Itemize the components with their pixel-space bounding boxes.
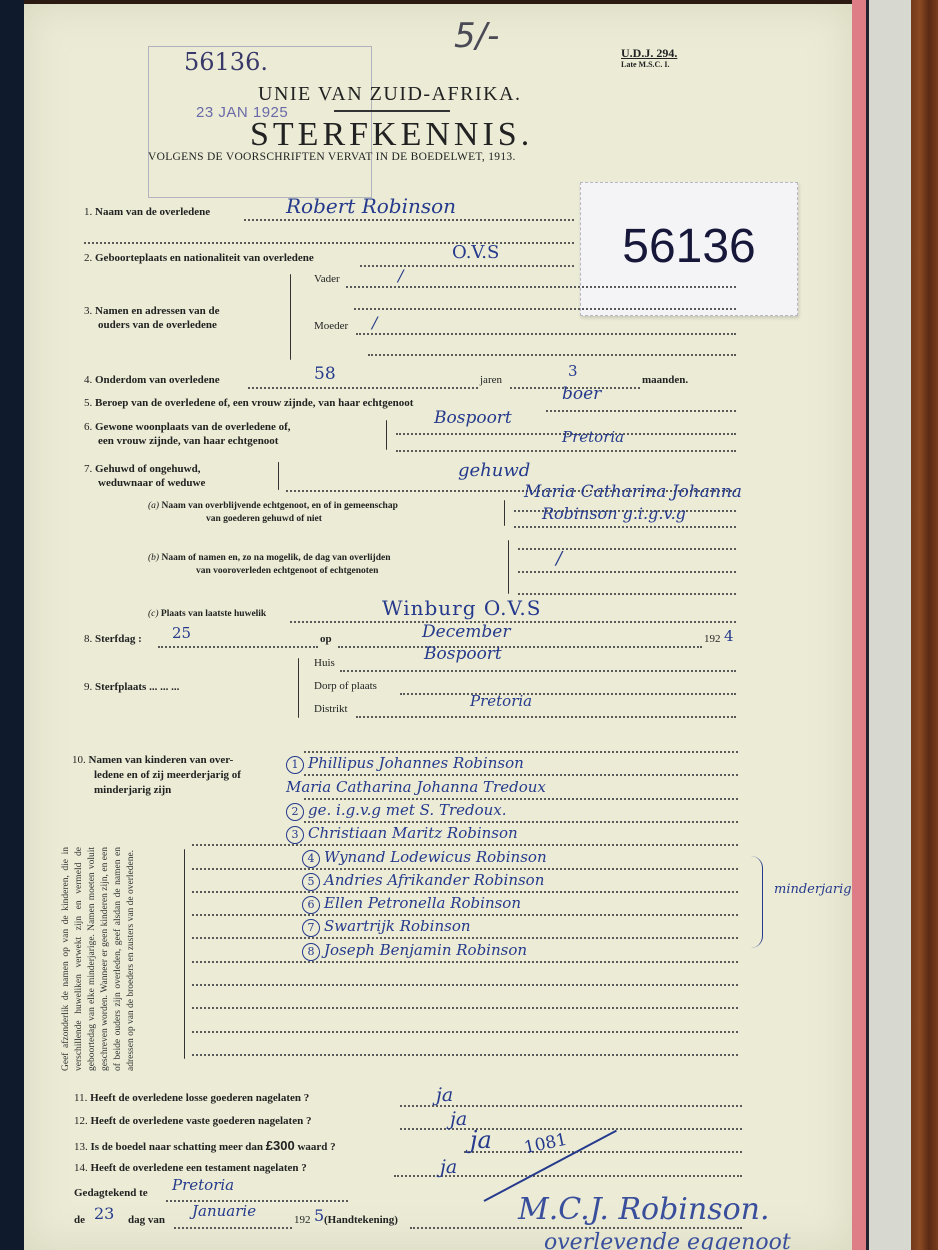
field-7a-value-1[interactable]: Maria Catharina Johanna — [524, 482, 742, 502]
field-9-label: 9. Sterfplaats ... ... ... — [84, 681, 179, 693]
house-label: Huis — [314, 657, 335, 669]
child-entry[interactable]: Maria Catharina Johanna Tredoux — [286, 778, 546, 796]
field-10-label-2: ledene en of zij meerderjarig of — [94, 769, 241, 781]
field-5-value[interactable]: boer — [562, 384, 601, 404]
child-number: 2 — [286, 803, 304, 821]
child-entry[interactable]: 6Ellen Petronella Robinson — [302, 894, 521, 914]
death-day-value[interactable]: 25 — [172, 624, 191, 642]
signed-month-line — [174, 1227, 292, 1229]
child-entry[interactable]: 8Joseph Benjamin Robinson — [302, 941, 527, 961]
years-label: jaren — [480, 374, 502, 386]
age-months-value[interactable]: 3 — [568, 362, 578, 380]
field-1-label: 1. Naam van de overledene — [84, 206, 210, 218]
child-entry[interactable]: 5Andries Afrikander Robinson — [302, 871, 544, 891]
child-line — [304, 798, 738, 800]
pink-folder-edge — [852, 0, 866, 1250]
child-name: ge. i.g.v.g met S. Tredoux. — [308, 801, 507, 819]
child-line — [192, 891, 738, 893]
field-2-label: 2. Geboorteplaats en nationaliteit van o… — [84, 252, 314, 264]
child-entry[interactable]: 1Phillipus Johannes Robinson — [286, 754, 524, 774]
child-line — [192, 868, 738, 870]
age-years-line — [248, 387, 478, 389]
child-name: Swartrijk Robinson — [324, 917, 471, 935]
field-7b-label-2: van vooroverleden echtgenoot of echtgeno… — [196, 566, 378, 576]
field-7a-label-2: van goederen gehuwd of niet — [206, 514, 322, 524]
death-month-value[interactable]: December — [422, 622, 510, 642]
child-number: 1 — [286, 756, 304, 774]
field-7b-line-2 — [518, 571, 736, 573]
field-7a-label-1: (a) Naam van overblijvende echtgenoot, e… — [148, 501, 398, 511]
death-notice-page: 56136. 5/- 23 JAN 1925 U.D.J. 294. Late … — [24, 4, 852, 1250]
country-heading: UNIE VAN ZUID-AFRIKA. — [258, 83, 522, 106]
field-7b-label-1: (b) Naam of namen en, zo na mogelik, de … — [148, 553, 391, 563]
pencil-mark: 5/- — [454, 16, 499, 56]
field-6-line-2 — [396, 450, 736, 452]
estate-threshold: £300 — [266, 1138, 295, 1153]
signed-place-label: Gedagtekend te — [74, 1187, 148, 1199]
field-8-label: 8. Sterfdag : — [84, 633, 142, 645]
children-brace — [184, 849, 185, 1059]
field-3-label-2: ouders van de overledene — [98, 319, 217, 331]
child-name: Wynand Lodewicus Robinson — [324, 848, 547, 866]
child-line — [304, 751, 738, 753]
child-number: 5 — [302, 873, 320, 891]
child-entry[interactable]: 2ge. i.g.v.g met S. Tredoux. — [286, 801, 507, 821]
child-line — [192, 844, 738, 846]
child-number: 3 — [286, 826, 304, 844]
signature-line — [410, 1227, 742, 1229]
field-2-value[interactable]: O.V.S — [452, 242, 499, 263]
death-day-line — [158, 646, 318, 648]
field-5-line — [546, 410, 736, 412]
underlying-sheet — [866, 0, 911, 1250]
father-line — [346, 286, 736, 288]
signature-value[interactable]: M.C.J. Robinson. — [518, 1192, 770, 1227]
house-value[interactable]: Bospoort — [424, 644, 502, 664]
field-6-label-1: 6. Gewone woonplaats van de overledene o… — [84, 421, 291, 433]
district-label: Distrikt — [314, 703, 348, 715]
field-7c-label: (c) Plaats van laatste huwelik — [148, 609, 266, 619]
archive-number-sticker: 56136 — [580, 182, 798, 316]
field-11-value[interactable]: ja — [436, 1084, 453, 1106]
document-subtitle: VOLGENS DE VOORSCHRIFTEN VERVAT IN DE BO… — [148, 151, 516, 163]
district-line — [356, 716, 736, 718]
field-7b-brace — [508, 540, 509, 594]
field-2-line — [360, 265, 574, 267]
child-entry[interactable]: 7Swartrijk Robinson — [302, 917, 471, 937]
child-number: 4 — [302, 850, 320, 868]
mother-value[interactable]: / — [372, 313, 377, 332]
field-13-value[interactable]: ja — [470, 1126, 492, 1154]
field-7c-line — [290, 621, 736, 623]
district-value[interactable]: Pretoria — [470, 692, 532, 710]
death-year-value[interactable]: 4 — [724, 627, 734, 645]
field-7a-value-2[interactable]: Robinson g.i.g.v.g — [542, 504, 686, 523]
field-6-value-2[interactable]: Pretoria — [562, 428, 624, 446]
form-code: U.D.J. 294. — [621, 46, 677, 61]
field-3-label-1: 3. Namen en adressen van de — [84, 305, 219, 317]
father-label: Vader — [314, 273, 340, 285]
field-10-label-1: 10. Namen van kinderen van over- — [72, 754, 233, 766]
signed-day-value[interactable]: 23 — [94, 1204, 114, 1223]
field-11-label: 11. Heeft de overledene losse goederen n… — [74, 1092, 309, 1104]
mother-line — [356, 333, 736, 335]
field-1-line — [244, 219, 574, 221]
op-label: op — [320, 633, 332, 645]
field-10-instruction: Geef afzonderlik de namen op van de kind… — [60, 847, 170, 1071]
sticker-number: 56136 — [581, 219, 797, 274]
field-9-brace — [298, 658, 299, 718]
field-7b-value[interactable]: / — [556, 548, 562, 569]
child-line — [192, 1054, 738, 1056]
child-name: Andries Afrikander Robinson — [324, 871, 544, 889]
form-code-sub: Late M.S.C. I. — [621, 60, 669, 69]
mother-line-2 — [368, 354, 736, 356]
field-13-label: 13. Is de boedel naar schatting meer dan… — [74, 1138, 336, 1153]
field-7b-line-1 — [518, 548, 736, 550]
child-line — [192, 914, 738, 916]
field-12-label: 12. Heeft de overledene vaste goederen n… — [74, 1115, 311, 1127]
child-line — [192, 1007, 738, 1009]
signed-place-value[interactable]: Pretoria — [172, 1176, 234, 1194]
background-left — [0, 0, 24, 1250]
signed-day-label: de — [74, 1214, 85, 1226]
child-line — [192, 937, 738, 939]
field-6-label-2: een vrouw zijnde, van haar echtgenoot — [98, 435, 278, 447]
field-7a-line-2 — [514, 526, 736, 528]
field-7-brace — [274, 462, 279, 490]
child-entry[interactable]: 4Wynand Lodewicus Robinson — [302, 848, 547, 868]
field-7-value[interactable]: gehuwd — [458, 460, 530, 481]
father-line-2 — [354, 308, 736, 310]
field-1-line-2 — [84, 242, 574, 244]
house-line — [340, 670, 736, 672]
signed-year-value[interactable]: 5 — [314, 1206, 324, 1225]
field-1-value[interactable]: Robert Robinson — [286, 194, 456, 218]
months-label: maanden. — [642, 374, 688, 386]
signed-year-prefix: 192 — [294, 1214, 311, 1226]
signature-label: (Handtekening) — [324, 1214, 398, 1226]
death-month-line — [338, 646, 702, 648]
field-3-brace — [290, 274, 291, 360]
field-7b-line-3 — [518, 593, 736, 595]
field-13-line — [464, 1151, 742, 1153]
field-7c-value[interactable]: Winburg O.V.S — [382, 596, 541, 620]
child-line — [304, 821, 738, 823]
field-6-value-1[interactable]: Bospoort — [434, 408, 512, 428]
minors-brace — [750, 856, 763, 948]
field-14-label: 14. Heeft de overledene een testament na… — [74, 1162, 307, 1174]
field-5-label: 5. Beroep van de overledene of, een vrou… — [84, 397, 413, 409]
child-name: Ellen Petronella Robinson — [324, 894, 521, 912]
heading-rule — [334, 110, 450, 112]
file-number-handwritten: 56136. — [184, 48, 268, 76]
field-14-extra[interactable]: 1081 — [522, 1130, 568, 1159]
village-label: Dorp of plaats — [314, 680, 377, 692]
child-name: Phillipus Johannes Robinson — [308, 754, 524, 772]
field-14-value[interactable]: ja — [440, 1156, 457, 1178]
field-7-label-1: 7. Gehuwd of ongehuwd, — [84, 463, 200, 475]
signed-day-post-label: dag van — [128, 1214, 165, 1226]
age-years-value[interactable]: 58 — [314, 364, 336, 384]
mother-label: Moeder — [314, 320, 348, 332]
minors-note[interactable]: minderjarig — [774, 882, 852, 897]
child-line — [304, 774, 738, 776]
field-6-brace — [386, 420, 387, 450]
field-10-label-3: minderjarig zijn — [94, 784, 171, 796]
document-title: STERFKENNIS. — [250, 116, 533, 154]
child-entry[interactable]: 3Christiaan Maritz Robinson — [286, 824, 518, 844]
field-4-label: 4. Onderdom van overledene — [84, 374, 220, 386]
signed-month-value[interactable]: Januarie — [192, 1202, 256, 1220]
child-number: 7 — [302, 919, 320, 937]
village-line — [400, 693, 736, 695]
father-value[interactable]: / — [398, 266, 403, 285]
child-name: Joseph Benjamin Robinson — [324, 941, 527, 959]
field-7a-brace — [504, 500, 505, 526]
child-line — [192, 984, 738, 986]
signature-sub[interactable]: overlevende eggenoot — [544, 1230, 791, 1250]
child-number: 8 — [302, 943, 320, 961]
field-12-value[interactable]: ja — [450, 1108, 467, 1130]
field-7-label-2: weduwnaar of weduwe — [98, 477, 205, 489]
death-year-prefix: 192 — [704, 633, 721, 645]
child-name: Maria Catharina Johanna Tredoux — [286, 778, 546, 796]
child-number: 6 — [302, 896, 320, 914]
child-line — [192, 961, 738, 963]
child-name: Christiaan Maritz Robinson — [308, 824, 518, 842]
wood-background — [908, 0, 938, 1250]
child-line — [192, 1031, 738, 1033]
